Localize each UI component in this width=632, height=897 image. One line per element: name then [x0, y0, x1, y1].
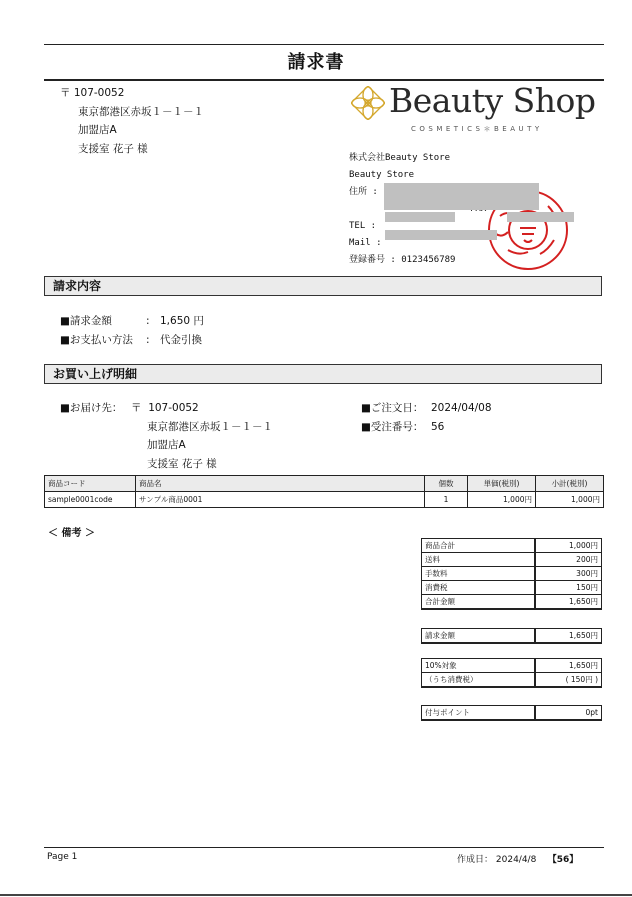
cell-quantity: 1 — [425, 492, 468, 508]
totals-table: 商品合計1,000円 送料200円 手数料300円 消費税150円 合計金額1,… — [421, 538, 602, 610]
delivery-name: 支援室 花子 様 — [131, 455, 273, 474]
page-bottom-edge — [0, 894, 632, 896]
redacted-address — [384, 183, 539, 210]
delivery-block: 〒 107-0052 東京都港区赤坂１－１－１ 加盟店A 支援室 花子 様 — [131, 399, 273, 473]
recipient-name: 支援室 花子 様 — [60, 140, 204, 159]
cell-product-name: サンプル商品0001 — [136, 492, 425, 508]
remarks-label: ＜ 備考 ＞ — [48, 524, 95, 539]
table-row: 送料200円 — [422, 553, 602, 567]
document-title: 請求書 — [0, 48, 632, 74]
logo-text: Beauty Shop — [389, 81, 595, 120]
delivery-postal-code: 107-0052 — [148, 402, 199, 414]
issuer-store: Beauty Store — [349, 167, 609, 184]
billing-section-heading: 請求内容 — [44, 276, 602, 296]
issuer-registration-number: 0123456789 — [401, 255, 455, 265]
footer-rule — [44, 847, 604, 848]
delivery-label: ■お届け先： — [60, 399, 122, 418]
cell-product-code: sample0001code — [45, 492, 136, 508]
delivery-company: 加盟店A — [131, 436, 273, 455]
billing-amount-table: 請求金額1,650円 — [421, 628, 602, 644]
redacted-fax — [507, 212, 574, 222]
order-date-label: ■ご注文日： — [361, 399, 431, 418]
billing-amount-label: ■請求金額 — [60, 312, 146, 331]
postal-mark: 〒 — [60, 87, 71, 99]
header-unit-price: 単価(税別) — [468, 476, 536, 492]
items-table-header: 商品コード 商品名 個数 単価(税別) 小計(税別) — [45, 476, 604, 492]
redacted-mail — [385, 230, 497, 240]
table-row: 手数料300円 — [422, 567, 602, 581]
tax-table: 10%対象1,650円 （うち消費税）( 150円 ) — [421, 658, 602, 688]
payment-method-value: 代金引換 — [160, 334, 202, 346]
points-table: 付与ポイント0pt — [421, 705, 602, 721]
cell-subtotal: 1,000円 — [536, 492, 604, 508]
order-date: 2024/04/08 — [431, 402, 492, 414]
table-row: sample0001code サンプル商品0001 1 1,000円 1,000… — [45, 492, 604, 508]
header-product-name: 商品名 — [136, 476, 425, 492]
table-row: （うち消費税）( 150円 ) — [422, 673, 602, 688]
issuer-company: 株式会社Beauty Store — [349, 150, 609, 167]
top-rule — [44, 44, 604, 45]
billing-amount-value: 1,650 円 — [160, 315, 204, 327]
items-table: 商品コード 商品名 個数 単価(税別) 小計(税別) sample0001cod… — [44, 475, 604, 508]
header-product-code: 商品コード — [45, 476, 136, 492]
page-number: Page 1 — [47, 852, 77, 862]
flower-logo-icon — [351, 86, 385, 120]
table-row: 請求金額1,650円 — [422, 629, 602, 644]
recipient-postal-code: 107-0052 — [74, 87, 125, 99]
header-subtotal: 小計(税別) — [536, 476, 604, 492]
table-row: 付与ポイント0pt — [422, 706, 602, 721]
order-info: ■ご注文日：2024/04/08 ■受注番号：56 — [361, 399, 492, 436]
payment-method-label: ■お支払い方法 — [60, 331, 146, 350]
created-date: 2024/4/8 — [496, 855, 536, 865]
table-row: 合計金額1,650円 — [422, 595, 602, 610]
logo-subtitle: COSMETICS＊BEAUTY — [411, 124, 543, 134]
delivery-address: 東京都港区赤坂１－１－１ — [131, 418, 273, 437]
redacted-tel — [385, 212, 455, 222]
recipient-company: 加盟店A — [60, 121, 204, 140]
billing-details: ■請求金額:1,650 円 ■お支払い方法:代金引換 — [60, 312, 204, 349]
recipient-address: 東京都港区赤坂１－１－１ — [60, 103, 204, 122]
table-row: 商品合計1,000円 — [422, 539, 602, 553]
order-number: 56 — [431, 421, 444, 433]
table-row: 消費税150円 — [422, 581, 602, 595]
recipient-block: 〒 107-0052 東京都港区赤坂１－１－１ 加盟店A 支援室 花子 様 — [60, 84, 204, 158]
order-ref: 【56】 — [548, 855, 579, 865]
cell-unit-price: 1,000円 — [468, 492, 536, 508]
header-quantity: 個数 — [425, 476, 468, 492]
table-row: 10%対象1,650円 — [422, 659, 602, 673]
order-number-label: ■受注番号： — [361, 418, 431, 437]
issuer-registration-label: 登録番号 : — [349, 255, 396, 265]
created-label: 作成日： — [457, 855, 493, 865]
purchase-section-heading: お買い上げ明細 — [44, 364, 602, 384]
footer-created: 作成日： 2024/4/8 【56】 — [457, 852, 578, 865]
